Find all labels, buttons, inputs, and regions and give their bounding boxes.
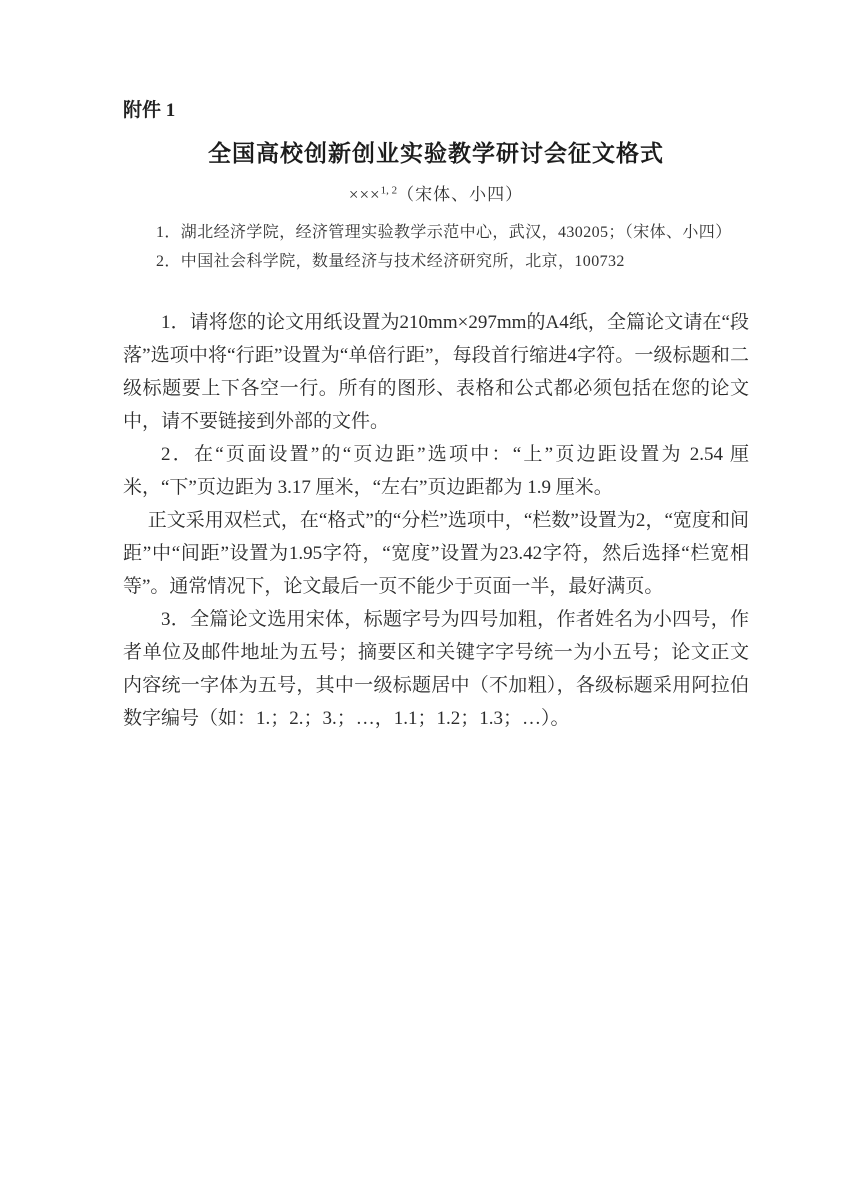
paragraph-paper-size: 1．请将您的论文用纸设置为210mm×297mm的A4纸，全篇论文请在“段落”选… — [123, 306, 749, 438]
author-line: ×××1, 2（宋体、小四） — [123, 183, 749, 207]
author-names: ××× — [349, 185, 381, 204]
affiliation-item-2: 2．中国社会科学院，数量经济与技术经济研究所，北京，100732 — [156, 247, 749, 276]
affiliation-item-1: 1．湖北经济学院，经济管理实验教学示范中心，武汉，430205；（宋体、小四） — [156, 218, 749, 247]
author-font-note: （宋体、小四） — [397, 185, 523, 204]
paragraph-page-margins: 2．在“页面设置”的“页边距”选项中：“上”页边距设置为 2.54 厘米，“下”… — [123, 438, 749, 504]
paragraph-font-sizes: 3．全篇论文选用宋体，标题字号为四号加粗，作者姓名为小四号，作者单位及邮件地址为… — [123, 603, 749, 735]
paragraph-two-column-layout: 正文采用双栏式，在“格式”的“分栏”选项中，“栏数”设置为2，“宽度和间距”中“… — [123, 504, 749, 603]
document-title: 全国高校创新创业实验教学研讨会征文格式 — [123, 139, 749, 169]
attachment-label: 附件 1 — [123, 95, 749, 122]
affiliation-list: 1．湖北经济学院，经济管理实验教学示范中心，武汉，430205；（宋体、小四） … — [156, 218, 749, 276]
document-page: 附件 1 全国高校创新创业实验教学研讨会征文格式 ×××1, 2（宋体、小四） … — [0, 0, 849, 1200]
author-affiliation-superscript: 1, 2 — [381, 184, 398, 196]
document-body: 1．请将您的论文用纸设置为210mm×297mm的A4纸，全篇论文请在“段落”选… — [123, 306, 749, 735]
